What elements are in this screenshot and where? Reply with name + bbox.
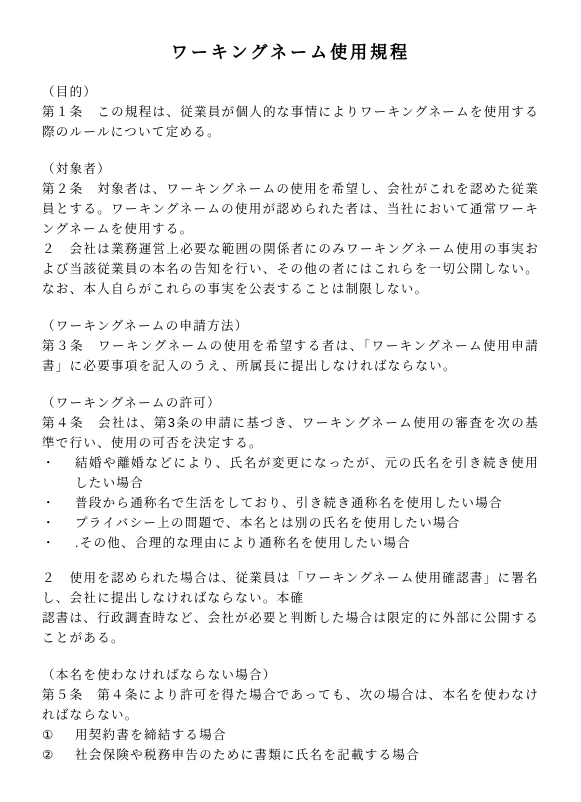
section-heading: （対象者） (42, 159, 539, 179)
list-item-text: 用契約書を締結する場合 (75, 725, 539, 745)
list-item: ・.その他、合理的な理由により通称名を使用したい場合 (42, 533, 539, 553)
paragraph: 第１条 この規程は、従業員が個人的な事情によりワーキングネームを使用する際のルー… (42, 102, 539, 142)
document-section: （ワーキングネームの許可）第４条 会社は、第3条の申請に基づき、ワーキングネーム… (42, 393, 539, 648)
list-item-text: 社会保険や税務申告のために書類に氏名を記載する場合 (75, 745, 539, 765)
list-item: ②社会保険や税務申告のために書類に氏名を記載する場合 (42, 745, 539, 765)
list-item: ①用契約書を締結する場合 (42, 725, 539, 745)
section-heading: （ワーキングネームの許可） (42, 393, 539, 413)
list-item-text: .その他、合理的な理由により通称名を使用したい場合 (75, 533, 539, 553)
list-item-marker-icon: ・ (42, 533, 75, 553)
list-item-text: プライバシー上の問題で、本名とは別の氏名を使用したい場合 (75, 513, 539, 533)
paragraph: 第３条 ワーキングネームの使用を希望する者は、「ワーキングネーム使用申請書」に必… (42, 336, 539, 376)
document-body: （目的）第１条 この規程は、従業員が個人的な事情によりワーキングネームを使用する… (42, 82, 539, 765)
section-heading: （本名を使わなければならない場合） (42, 665, 539, 685)
document-section: （ワーキングネームの申請方法）第３条 ワーキングネームの使用を希望する者は、「ワ… (42, 316, 539, 376)
list-item-text: 普段から通称名で生活をしており、引き続き通称名を使用したい場合 (75, 493, 539, 513)
list-item-marker-icon: ② (42, 745, 75, 765)
document-section: （対象者）第２条 対象者は、ワーキングネームの使用を希望し、会社がこれを認めた従… (42, 159, 539, 299)
list-item: ・普段から通称名で生活をしており、引き続き通称名を使用したい場合 (42, 493, 539, 513)
document-section: （本名を使わなければならない場合）第５条 第４条により許可を得た場合であっても、… (42, 665, 539, 765)
paragraph: 第２条 対象者は、ワーキングネームの使用を希望し、会社がこれを認めた従業員とする… (42, 179, 539, 239)
section-heading: （ワーキングネームの申請方法） (42, 316, 539, 336)
list-item-text: 結婚や離婚などにより、氏名が変更になったが、元の氏名を引き続き使用したい場合 (75, 453, 539, 493)
list-item-marker-icon: ・ (42, 513, 75, 533)
list-item: ・結婚や離婚などにより、氏名が変更になったが、元の氏名を引き続き使用したい場合 (42, 453, 539, 493)
list-item: ・プライバシー上の問題で、本名とは別の氏名を使用したい場合 (42, 513, 539, 533)
list-item-marker-icon: ・ (42, 453, 75, 473)
list-item-marker-icon: ① (42, 725, 75, 745)
document-section: （目的）第１条 この規程は、従業員が個人的な事情によりワーキングネームを使用する… (42, 82, 539, 142)
paragraph: ２ 会社は業務運営上必要な範囲の関係者にのみワーキングネーム使用の事実および当該… (42, 239, 539, 299)
section-heading: （目的） (42, 82, 539, 102)
list-item-marker-icon: ・ (42, 493, 75, 513)
paragraph: 第４条 会社は、第3条の申請に基づき、ワーキングネーム使用の審査を次の基準で行い… (42, 413, 539, 453)
paragraph: 第５条 第４条により許可を得た場合であっても、次の場合は、本名を使わなければなら… (42, 685, 539, 725)
document-title: ワーキングネーム使用規程 (42, 42, 539, 64)
paragraph: ２ 使用を認められた場合は、従業員は「ワーキングネーム使用確認書」に署名し、会社… (42, 568, 539, 648)
document-page: ワーキングネーム使用規程 （目的）第１条 この規程は、従業員が個人的な事情により… (0, 0, 581, 802)
